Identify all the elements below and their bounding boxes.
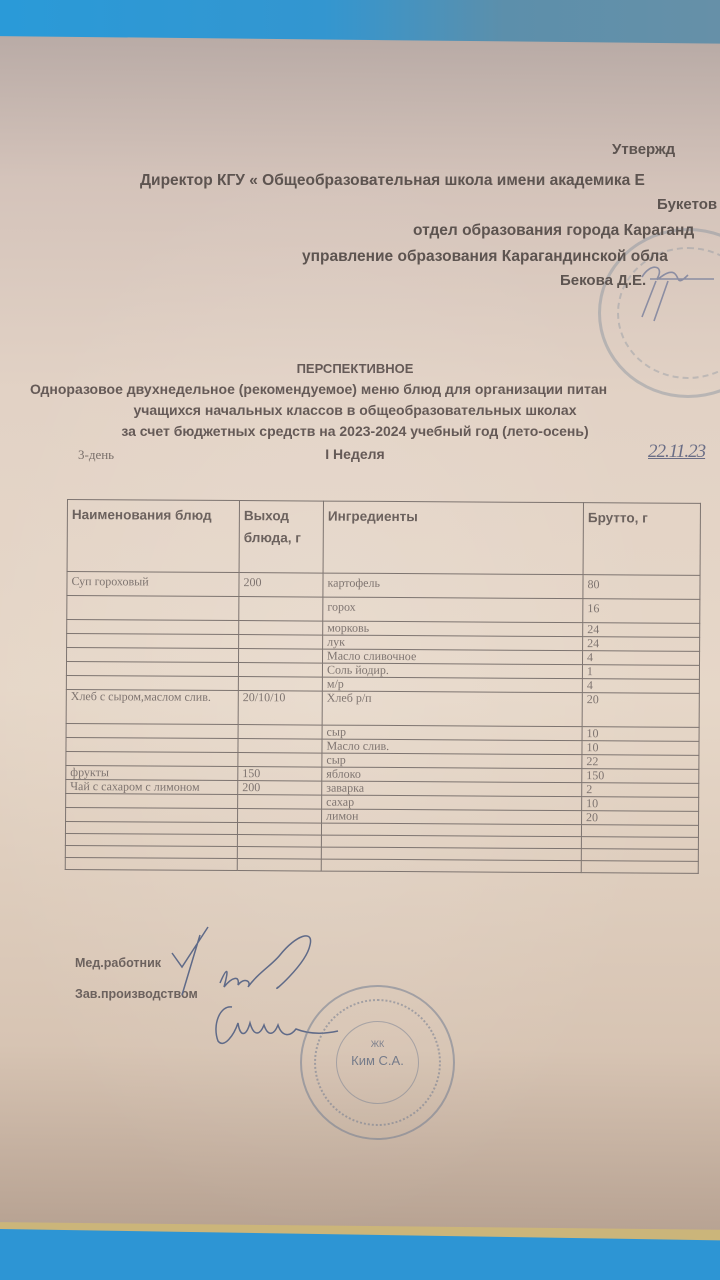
cell-yield bbox=[238, 753, 322, 768]
cell-yield bbox=[239, 635, 323, 650]
cell-ingredient: заварка bbox=[322, 781, 582, 797]
cell-gross: 150 bbox=[582, 769, 699, 784]
cell-dish: Чай с сахаром с лимоном bbox=[66, 779, 238, 794]
cell-dish bbox=[66, 793, 238, 808]
school-name-end: Букетов bbox=[657, 196, 717, 213]
title-line-1: Одноразовое двухнедельное (рекомендуемое… bbox=[30, 381, 607, 397]
cell-gross: 20 bbox=[582, 811, 699, 826]
cell-yield bbox=[238, 725, 322, 740]
cell-gross bbox=[581, 837, 698, 850]
cell-yield: 20/10/10 bbox=[238, 691, 322, 726]
cell-yield bbox=[238, 677, 322, 692]
cell-yield bbox=[239, 649, 323, 664]
cell-gross: 22 bbox=[582, 755, 699, 770]
col-header-ingredients: Ингредиенты bbox=[323, 501, 583, 575]
cell-gross: 10 bbox=[582, 797, 699, 812]
cell-gross bbox=[581, 825, 698, 838]
stamp-name: Ким С.А. bbox=[302, 1053, 453, 1068]
cell-gross bbox=[581, 861, 698, 874]
signatory-name: Бекова Д.Е. bbox=[560, 272, 646, 289]
cell-yield bbox=[238, 809, 322, 824]
handwritten-date: 22.11.23 bbox=[648, 441, 705, 463]
cell-yield bbox=[239, 597, 323, 622]
title-line-3: за счет бюджетных средств на 2023-2024 у… bbox=[0, 423, 720, 439]
department-line: отдел образования города Караганд bbox=[413, 222, 694, 240]
cell-gross: 20 bbox=[582, 693, 699, 728]
cell-ingredient: Соль йодир. bbox=[322, 663, 582, 679]
cell-dish: Хлеб с сыром,маслом слив. bbox=[66, 689, 238, 724]
administration-line: управление образования Карагандинской об… bbox=[302, 248, 668, 266]
cell-dish bbox=[67, 648, 239, 663]
day-label: 3-день bbox=[78, 447, 114, 463]
col-header-dish: Наименования блюд bbox=[67, 500, 239, 573]
cell-gross: 4 bbox=[582, 651, 699, 666]
cell-yield bbox=[237, 835, 321, 848]
cell-ingredient: Масло слив. bbox=[322, 739, 582, 755]
table-row: Хлеб с сыром,маслом слив.20/10/10Хлеб р/… bbox=[66, 689, 699, 727]
cell-gross: 80 bbox=[583, 575, 700, 600]
menu-table: Наименования блюд Выход блюда, г Ингреди… bbox=[65, 499, 700, 874]
cell-yield: 150 bbox=[238, 767, 322, 782]
cell-gross: 1 bbox=[582, 665, 699, 680]
document-kind: ПЕРСПЕКТИВНОЕ bbox=[0, 361, 720, 376]
cell-dish bbox=[65, 857, 237, 870]
cell-gross: 24 bbox=[583, 623, 700, 638]
cell-dish bbox=[66, 807, 238, 822]
title-line-2: учащихся начальных классов в общеобразов… bbox=[0, 402, 720, 418]
cell-dish bbox=[66, 737, 238, 752]
cell-dish bbox=[67, 634, 239, 649]
cell-yield bbox=[237, 847, 321, 860]
cell-dish bbox=[67, 596, 239, 621]
cell-gross: 10 bbox=[582, 727, 699, 742]
cell-dish bbox=[65, 845, 237, 858]
cell-ingredient: сахар bbox=[322, 795, 582, 811]
cell-gross: 24 bbox=[583, 637, 700, 652]
cell-gross: 10 bbox=[582, 741, 699, 756]
cell-ingredient: лимон bbox=[322, 809, 582, 825]
cell-ingredient: горох bbox=[323, 597, 583, 623]
cell-yield bbox=[237, 823, 321, 836]
cell-gross: 2 bbox=[582, 783, 699, 798]
cell-dish bbox=[67, 620, 239, 635]
col-header-gross: Брутто, г bbox=[583, 503, 700, 576]
cell-yield bbox=[239, 621, 323, 636]
cell-dish bbox=[65, 821, 237, 834]
stamp-abbreviation: ЖК bbox=[302, 1039, 453, 1049]
cell-gross bbox=[581, 849, 698, 862]
cell-gross: 4 bbox=[582, 679, 699, 694]
approval-heading: Утвержд bbox=[612, 141, 675, 158]
cell-dish bbox=[66, 662, 238, 677]
director-line: Директор КГУ « Общеобразовательная школа… bbox=[140, 172, 645, 190]
cell-ingredient: картофель bbox=[323, 573, 583, 599]
medical-worker-label: Мед.работник bbox=[75, 956, 161, 970]
cell-yield: 200 bbox=[238, 781, 322, 796]
production-stamp: ЖК Ким С.А. bbox=[300, 985, 455, 1140]
cell-yield bbox=[238, 739, 322, 754]
cell-dish bbox=[65, 833, 237, 846]
table-header-row: Наименования блюд Выход блюда, г Ингреди… bbox=[67, 500, 700, 576]
cell-ingredient bbox=[321, 859, 581, 873]
cell-yield: 200 bbox=[239, 573, 323, 598]
cell-yield bbox=[237, 859, 321, 872]
cell-dish: Суп гороховый bbox=[67, 572, 239, 597]
cell-gross: 16 bbox=[583, 599, 700, 624]
cell-ingredient: морковь bbox=[323, 621, 583, 637]
cell-ingredient: Хлеб р/п bbox=[322, 691, 582, 727]
col-header-yield: Выход блюда, г bbox=[239, 501, 323, 574]
cell-yield bbox=[238, 795, 322, 810]
cell-yield bbox=[238, 663, 322, 678]
cell-dish bbox=[66, 723, 238, 738]
